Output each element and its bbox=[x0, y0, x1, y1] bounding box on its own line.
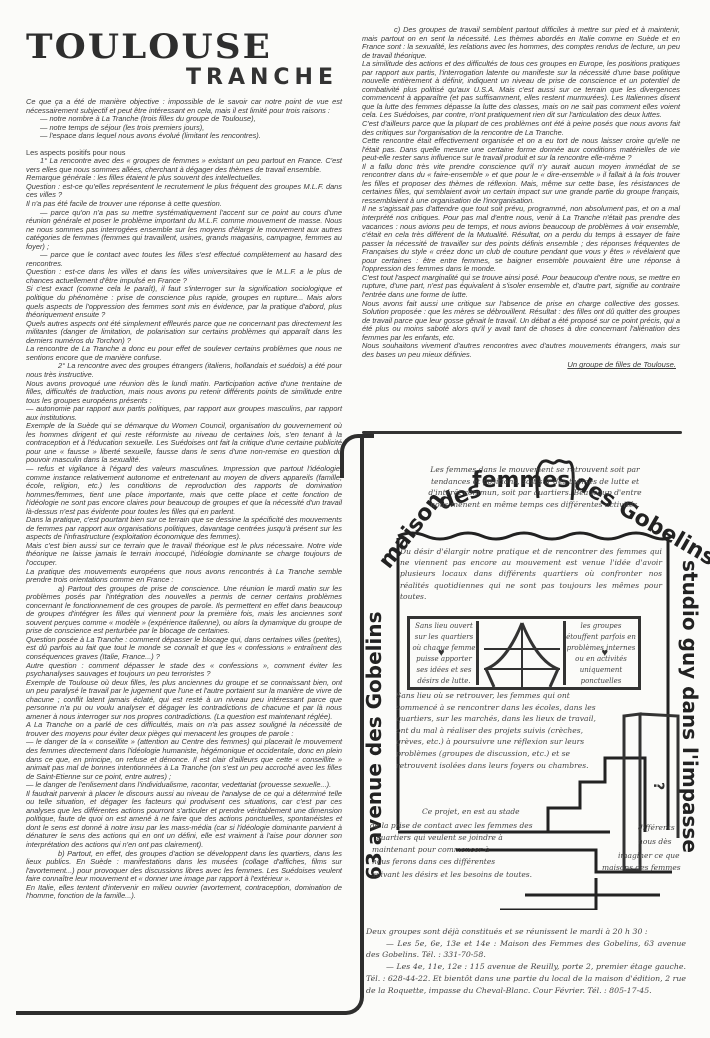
group-reuilly: — Les 4e, 11e, 12e : 115 avenue de Reuil… bbox=[366, 961, 686, 996]
body-paragraph: C'est tout l'aspect marginalité qui se t… bbox=[362, 274, 680, 300]
project-line: maisons des femmes bbox=[602, 862, 681, 874]
body-paragraph: Quels autres aspects ont été simplement … bbox=[26, 320, 342, 346]
heart-icon: ♥ bbox=[438, 647, 445, 659]
body-paragraph: C'est d'ailleurs parce que la plupart de… bbox=[362, 120, 680, 137]
body-paragraph: c) Des groupes de travail semblent parto… bbox=[362, 26, 680, 60]
project-line: imaginer ce que bbox=[618, 850, 680, 862]
heart-icon: ♥ bbox=[601, 647, 608, 659]
right-body-text: c) Des groupes de travail semblent parto… bbox=[362, 26, 680, 359]
body-paragraph: — autonomie par rapport aux partis polit… bbox=[26, 405, 342, 422]
signature: Un groupe de filles de Toulouse. bbox=[362, 360, 676, 369]
project-line: différents bbox=[638, 822, 675, 834]
window-right-text: les groupes étouffent parfois en problèm… bbox=[563, 621, 636, 685]
headline-tranche: TRANCHE bbox=[26, 66, 338, 90]
body-paragraph: Si c'est exact (comme cela le paraît), i… bbox=[26, 285, 342, 319]
project-line: suivant les désirs et les besoins de tou… bbox=[372, 869, 532, 881]
article-frame bbox=[16, 434, 364, 1015]
body-paragraph: 2° La rencontre avec des groupes étrange… bbox=[26, 362, 342, 379]
window-left-text: Sans lieu ouvert sur les quartiers où ch… bbox=[412, 621, 479, 685]
project-line: de la prise de contact avec les femmes d… bbox=[370, 820, 533, 832]
project-line: Ce projet, en est au stade bbox=[422, 806, 520, 818]
insert-intro-text: Les femmes dans le mouvement se retrouve… bbox=[420, 464, 650, 510]
window-curtain-drawing bbox=[480, 619, 564, 687]
headline-toulouse: TOULOUSE bbox=[26, 30, 358, 64]
group-gobelins: — Les 5e, 6e, 13e et 14e : Maison des Fe… bbox=[366, 938, 686, 961]
body-paragraph: — parce que le contact avec toutes les f… bbox=[26, 251, 342, 268]
body-paragraph: Nous avons provoqué une réunion dès le l… bbox=[26, 380, 342, 406]
reason-item: — l'espace dans lequel nous avons évolué… bbox=[26, 132, 342, 141]
window-illustration: Sans lieu ouvert sur les quartiers où ch… bbox=[407, 616, 641, 690]
project-line: quartiers qui veulent se joindre à bbox=[376, 832, 503, 844]
body-paragraph: 1° La rencontre avec des « groupes de fe… bbox=[26, 157, 342, 174]
body-paragraph: Question : est-ce dans les villes et dan… bbox=[26, 268, 342, 285]
body-paragraph: — parce qu'on n'a pas su mettre systémat… bbox=[26, 209, 342, 252]
body-paragraph: Il a fallu donc très vite prendre consci… bbox=[362, 163, 680, 206]
body-paragraph: Il ne s'agissait pas d'attendre que tout… bbox=[362, 205, 680, 273]
door-question-mark: ? bbox=[650, 782, 666, 790]
project-line: nous ferons dans ces différentes bbox=[372, 856, 495, 868]
body-paragraph: Cette rencontre était effectivement orga… bbox=[362, 137, 680, 163]
divider-rule bbox=[362, 431, 682, 434]
body-paragraph: La similitude des actions et des difficu… bbox=[362, 60, 680, 120]
article-right-column: c) Des groupes de travail semblent parto… bbox=[362, 26, 680, 369]
project-line: nous dès bbox=[638, 836, 672, 848]
groups-intro: Deux groupes sont déjà constitués et se … bbox=[366, 926, 686, 938]
insert-lieu-text: Sans lieu où se retrouver, les femmes qu… bbox=[396, 690, 596, 771]
body-paragraph: Question : est-ce qu'elles représentent … bbox=[26, 183, 342, 200]
intro-paragraph: Ce que ça a été de manière objective : i… bbox=[26, 98, 342, 115]
body-paragraph: La rencontre de La Tranche a donc eu pou… bbox=[26, 345, 342, 362]
project-line: maintenant pour commencer à bbox=[372, 844, 489, 856]
body-paragraph: Nous souhaitons vivement d'autres rencon… bbox=[362, 342, 680, 359]
maison-des-femmes-insert: maison des femmes des Gobelins 63 avenue… bbox=[360, 440, 710, 910]
insert-desire-text: Du désir d'élargir notre pratique et de … bbox=[400, 546, 662, 602]
body-paragraph: Nous avons fait aussi une critique sur l… bbox=[362, 300, 680, 343]
groups-info: Deux groupes sont déjà constitués et se … bbox=[366, 926, 686, 996]
